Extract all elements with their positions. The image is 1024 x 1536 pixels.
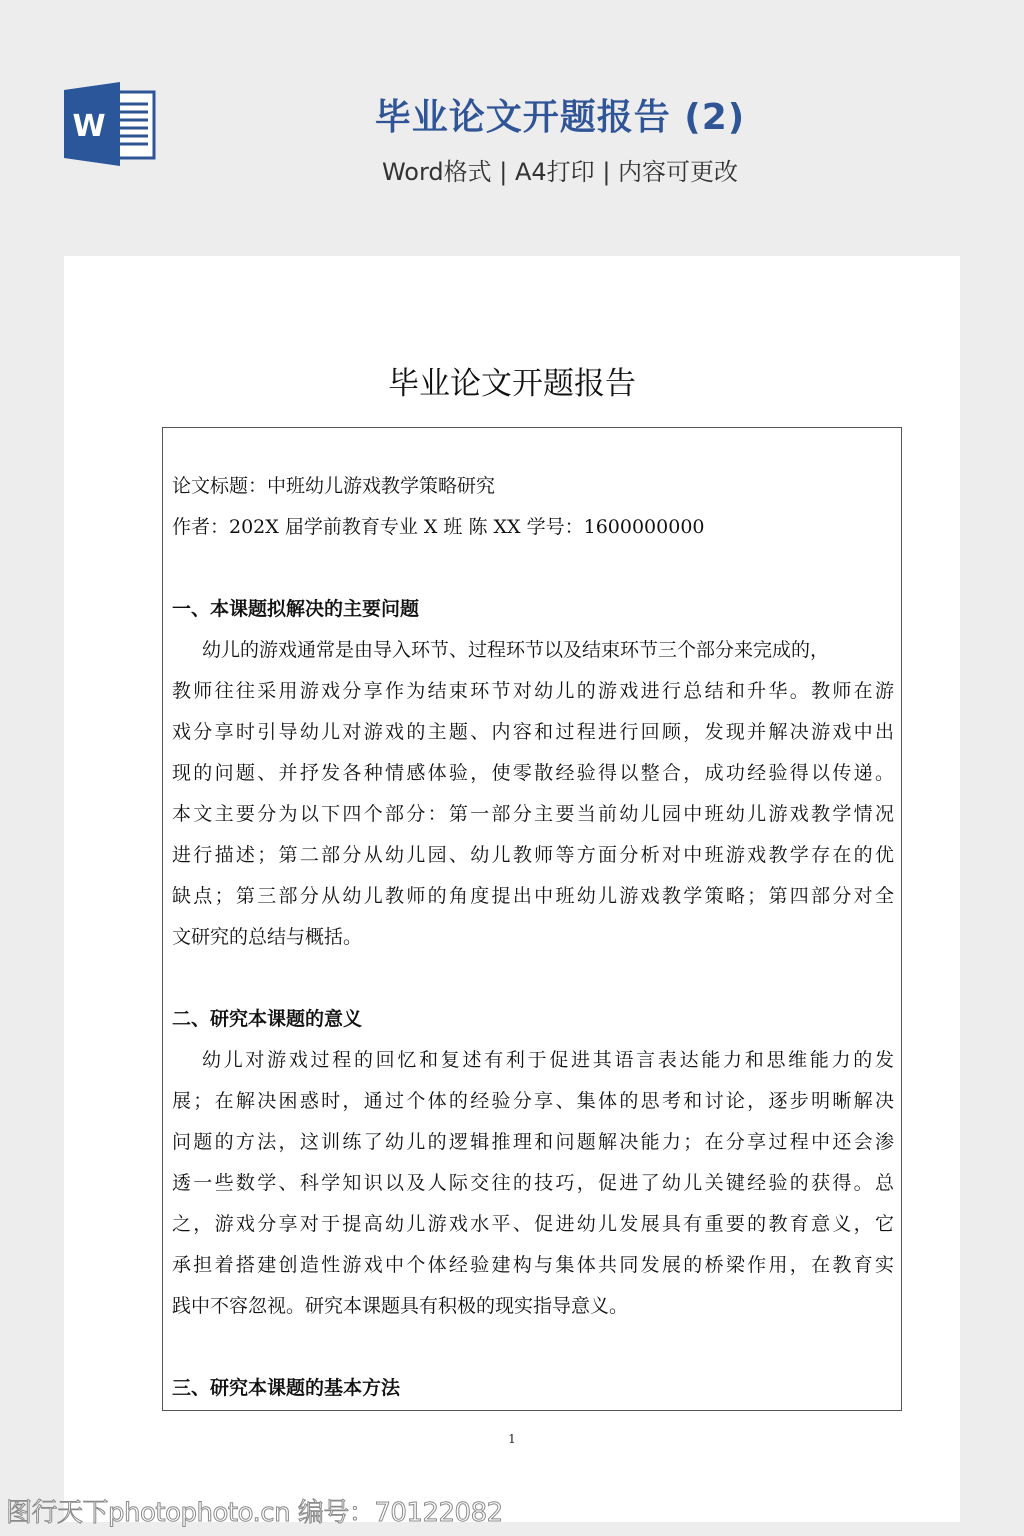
document-title: 毕业论文开题报告 xyxy=(64,362,960,406)
paragraph-line: 本文主要分为以下四个部分：第一部分主要当前幼儿园中班幼儿游戏教学情况 xyxy=(172,794,894,835)
paragraph-line: 透一些数学、科学知识以及人际交往的技巧，促进了幼儿关键经验的获得。总 xyxy=(172,1163,894,1204)
banner-title: 毕业论文开题报告 (2) xyxy=(340,92,780,144)
section-1-paragraph: 幼儿的游戏通常是由导入环节、过程环节以及结束环节三个部分来完成的， 教师往往采用… xyxy=(172,630,894,958)
document-page: 毕业论文开题报告 论文标题：中班幼儿游戏教学策略研究 作者：202X 届学前教育… xyxy=(64,256,960,1522)
page-number: 1 xyxy=(64,1432,960,1446)
section-2-paragraph: 幼儿对游戏过程的回忆和复述有利于促进其语言表达能力和思维能力的发 展；在解决困惑… xyxy=(172,1040,894,1327)
section-heading-3: 三、研究本课题的基本方法 xyxy=(172,1368,894,1409)
paragraph-line: 幼儿的游戏通常是由导入环节、过程环节以及结束环节三个部分来完成的， xyxy=(172,630,894,671)
author-line: 作者：202X 届学前教育专业 X 班 陈 XX 学号：1600000000 xyxy=(172,507,894,548)
svg-text:W: W xyxy=(72,109,105,144)
paragraph-line: 展；在解决困惑时，通过个体的经验分享、集体的思考和讨论，逐步明晰解决 xyxy=(172,1081,894,1122)
word-document-icon: W xyxy=(64,82,156,166)
paragraph-line: 承担着搭建创造性游戏中个体经验建构与集体共同发展的桥梁作用，在教育实 xyxy=(172,1245,894,1286)
paragraph-line: 幼儿对游戏过程的回忆和复述有利于促进其语言表达能力和思维能力的发 xyxy=(172,1040,894,1081)
paragraph-line: 践中不容忽视。研究本课题具有积极的现实指导意义。 xyxy=(172,1286,894,1327)
paragraph-line: 戏分享时引导幼儿对游戏的主题、内容和过程进行回顾，发现并解决游戏中出 xyxy=(172,712,894,753)
section-heading-1: 一、本课题拟解决的主要问题 xyxy=(172,589,894,630)
banner-subtitle: Word格式 | A4打印 | 内容可更改 xyxy=(340,152,780,192)
paragraph-line: 问题的方法，这训练了幼儿的逻辑推理和问题解决能力；在分享过程中还会渗 xyxy=(172,1122,894,1163)
thesis-title: 论文标题：中班幼儿游戏教学策略研究 xyxy=(172,466,894,507)
banner: W 毕业论文开题报告 (2) Word格式 | A4打印 | 内容可更改 xyxy=(0,0,1024,240)
paragraph-line: 教师往往采用游戏分享作为结束环节对幼儿的游戏进行总结和升华。教师在游 xyxy=(172,671,894,712)
paragraph-line: 缺点；第三部分从幼儿教师的角度提出中班幼儿游戏教学策略；第四部分对全 xyxy=(172,876,894,917)
paragraph-line: 进行描述；第二部分从幼儿园、幼儿教师等方面分析对中班游戏教学存在的优 xyxy=(172,835,894,876)
paragraph-line: 现的问题、并抒发各种情感体验，使零散经验得以整合，成功经验得以传递。 xyxy=(172,753,894,794)
paragraph-line: 文研究的总结与概括。 xyxy=(172,917,894,958)
report-table-cell: 论文标题：中班幼儿游戏教学策略研究 作者：202X 届学前教育专业 X 班 陈 … xyxy=(162,427,902,1411)
watermark: 图行天下photophoto.cn 编号：70122082 xyxy=(6,1492,503,1529)
report-content: 论文标题：中班幼儿游戏教学策略研究 作者：202X 届学前教育专业 X 班 陈 … xyxy=(172,466,894,1409)
spacer xyxy=(172,1327,894,1368)
section-heading-2: 二、研究本课题的意义 xyxy=(172,999,894,1040)
spacer xyxy=(172,548,894,589)
spacer xyxy=(172,958,894,999)
paragraph-line: 之，游戏分享对于提高幼儿游戏水平、促进幼儿发展具有重要的教育意义，它 xyxy=(172,1204,894,1245)
